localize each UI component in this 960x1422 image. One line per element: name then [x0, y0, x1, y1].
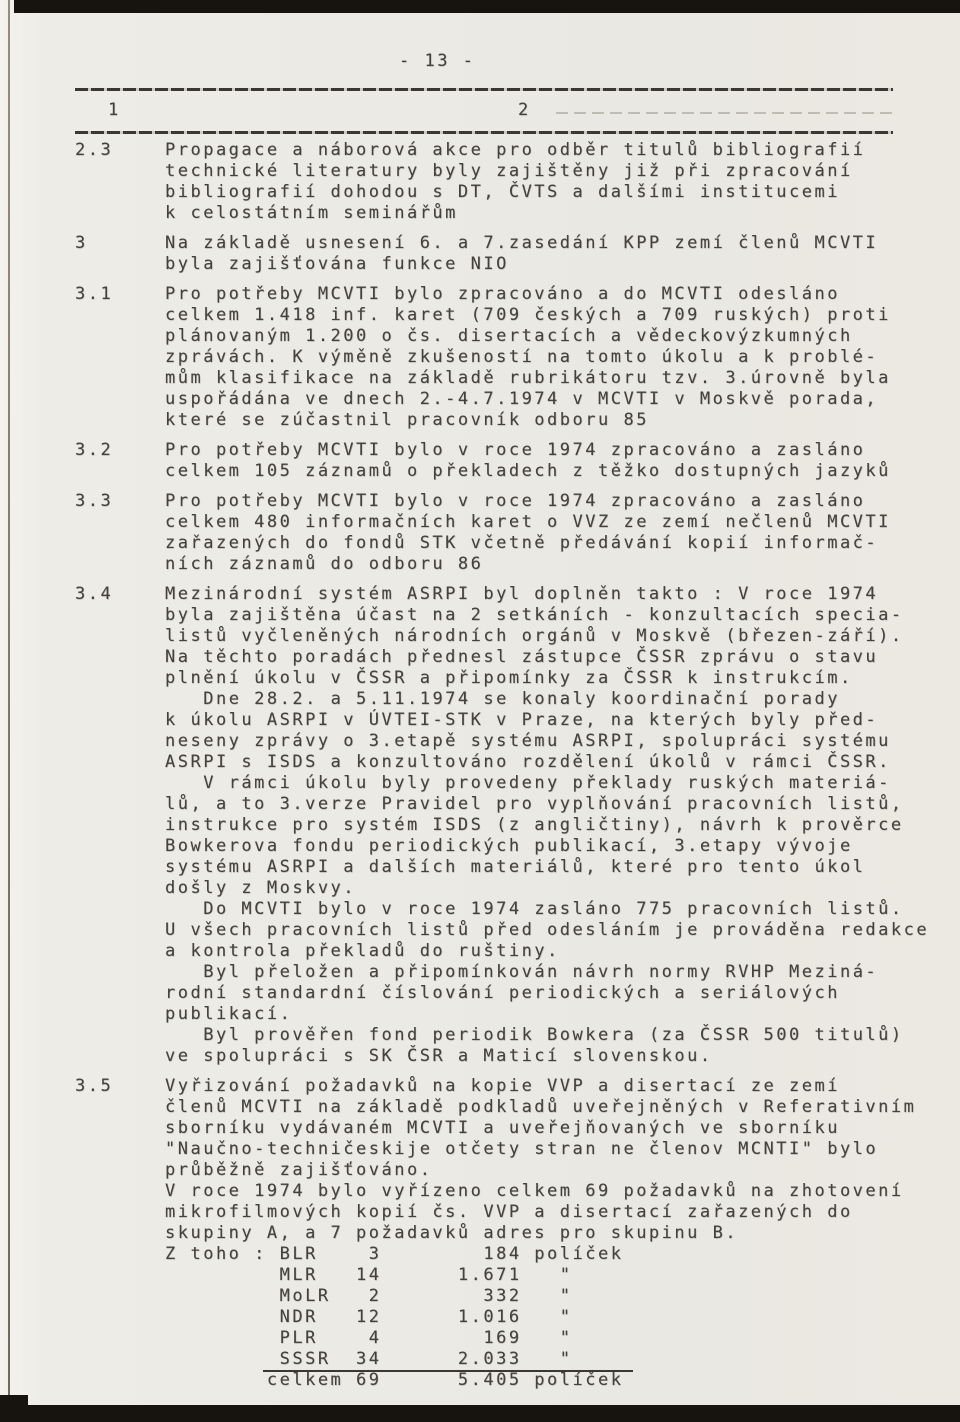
section-number: 3.4: [75, 584, 165, 1067]
document-body: 2.3 Propagace a náborová akce pro odběr …: [0, 140, 960, 1400]
column-header-rule-bottom: [75, 131, 893, 134]
section-3-1: 3.1 Pro potřeby MCVTI bylo zpracováno a …: [75, 284, 960, 431]
column-header-1: 1: [108, 100, 121, 120]
scan-border-bottom: [0, 1405, 960, 1422]
section-number: 2.3: [75, 140, 165, 224]
section-text: Pro potřeby MCVTI bylo zpracováno a do M…: [165, 284, 960, 431]
column-header-rule-top: [75, 88, 893, 91]
section-number: 3.3: [75, 491, 165, 575]
section-3-2: 3.2 Pro potřeby MCVTI bylo v roce 1974 z…: [75, 440, 960, 482]
table-row: PLR 4 169 ": [165, 1328, 960, 1349]
scanned-page: - 13 - 1 2 2.3 Propagace a náborová akce…: [0, 0, 960, 1422]
section-text: Propagace a náborová akce pro odběr titu…: [165, 140, 960, 224]
section-number: 3.5: [75, 1076, 165, 1391]
scan-border-top: [14, 0, 960, 13]
table-row: MLR 14 1.671 ": [165, 1265, 960, 1286]
section-number: 3.2: [75, 440, 165, 482]
section-text: Vyřizování požadavků na kopie VVP a dise…: [165, 1076, 960, 1244]
section-3-3: 3.3 Pro potřeby MCVTI bylo v roce 1974 z…: [75, 491, 960, 575]
section-text: Pro potřeby MCVTI bylo v roce 1974 zprac…: [165, 491, 960, 575]
table-row: NDR 12 1.016 ": [165, 1307, 960, 1328]
section-number: 3: [75, 233, 165, 275]
section-3: 3 Na základě usnesení 6. a 7.zasedání KP…: [75, 233, 960, 275]
section-text: Mezinárodní systém ASRPI byl doplněn tak…: [165, 584, 960, 1067]
section-text: Pro potřeby MCVTI bylo v roce 1974 zprac…: [165, 440, 960, 482]
table-row: SSSR 34 2.033 ": [165, 1349, 960, 1370]
section-3-5: 3.5 Vyřizování požadavků na kopie VVP a …: [75, 1076, 960, 1391]
table-row: Z toho : BLR 3 184 políček: [165, 1244, 960, 1265]
table-row-total: celkem 69 5.405 políček: [165, 1370, 960, 1391]
fields-table: Z toho : BLR 3 184 políček MLR 14 1.671 …: [165, 1244, 960, 1391]
page-number: - 13 -: [399, 51, 475, 71]
table-row: MoLR 2 332 ": [165, 1286, 960, 1307]
section-3-4: 3.4 Mezinárodní systém ASRPI byl doplněn…: [75, 584, 960, 1067]
scan-artifact-line: [556, 112, 892, 114]
section-text: Na základě usnesení 6. a 7.zasedání KPP …: [165, 233, 960, 275]
section-2-3: 2.3 Propagace a náborová akce pro odběr …: [75, 140, 960, 224]
section-number: 3.1: [75, 284, 165, 431]
column-header-2: 2: [518, 100, 531, 120]
